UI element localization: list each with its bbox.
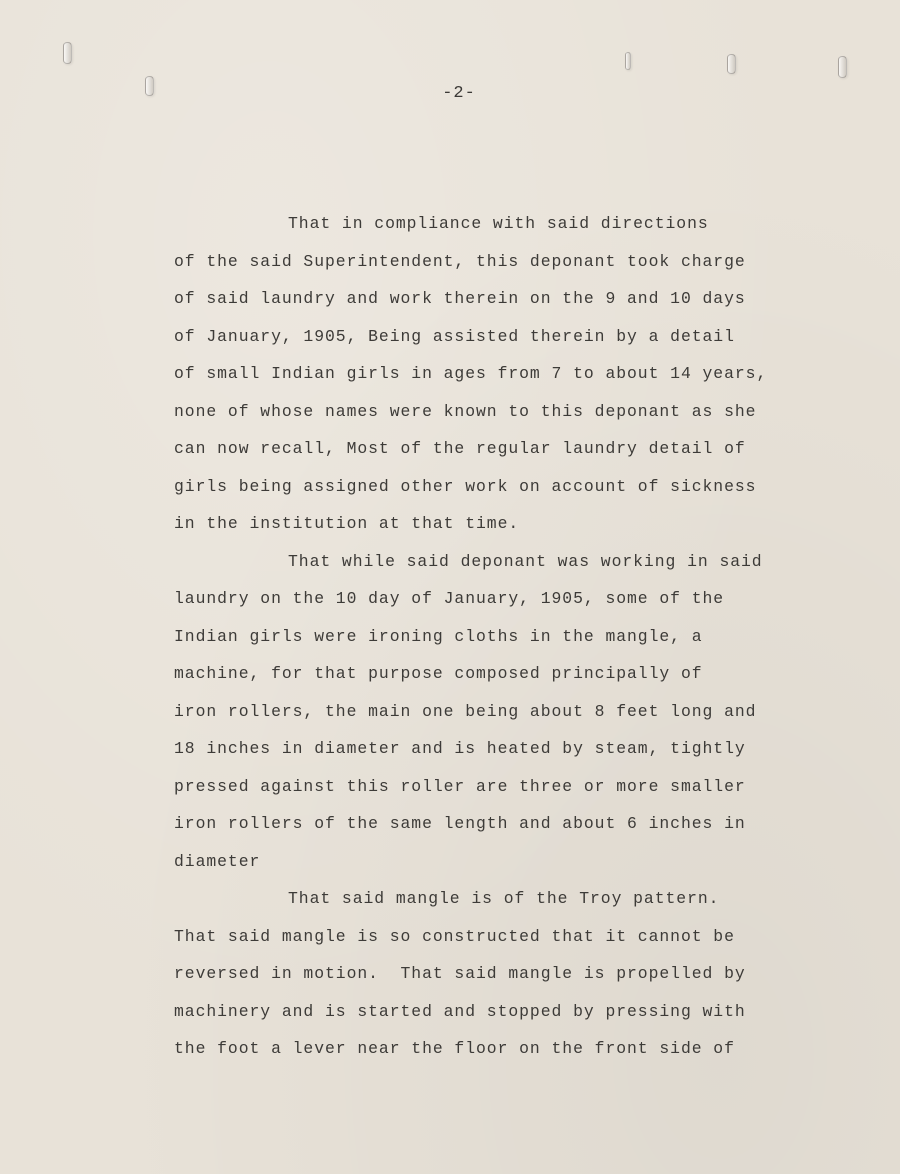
staple-hole-mark (838, 56, 847, 78)
paragraph-laundry-incident: That while said deponant was working in … (174, 550, 814, 888)
text-line: of January, 1905, Being assisted therein… (174, 325, 814, 363)
typed-body-text: That in compliance with said directions … (174, 212, 814, 1075)
text-line: the foot a lever near the floor on the f… (174, 1037, 814, 1075)
text-line: That in compliance with said directions (174, 212, 814, 250)
staple-hole-mark (63, 42, 72, 64)
document-page: -2- That in compliance with said directi… (0, 0, 900, 1174)
text-line: diameter (174, 850, 814, 888)
text-line: 18 inches in diameter and is heated by s… (174, 737, 814, 775)
text-line: of said laundry and work therein on the … (174, 287, 814, 325)
page-number: -2- (0, 84, 900, 103)
text-line: of small Indian girls in ages from 7 to … (174, 362, 814, 400)
text-line: machine, for that purpose composed princ… (174, 662, 814, 700)
text-line: That while said deponant was working in … (174, 550, 814, 588)
text-line: iron rollers of the same length and abou… (174, 812, 814, 850)
text-line: That said mangle is so constructed that … (174, 925, 814, 963)
text-line: none of whose names were known to this d… (174, 400, 814, 438)
staple-hole-mark (727, 54, 736, 74)
text-line: laundry on the 10 day of January, 1905, … (174, 587, 814, 625)
text-line: of the said Superintendent, this deponan… (174, 250, 814, 288)
staple-hole-mark (625, 52, 631, 70)
text-line: Indian girls were ironing cloths in the … (174, 625, 814, 663)
paragraph-compliance: That in compliance with said directions … (174, 212, 814, 550)
text-line: girls being assigned other work on accou… (174, 475, 814, 513)
text-line: iron rollers, the main one being about 8… (174, 700, 814, 738)
text-line: machinery and is started and stopped by … (174, 1000, 814, 1038)
text-line: reversed in motion. That said mangle is … (174, 962, 814, 1000)
text-line: That said mangle is of the Troy pattern. (174, 887, 814, 925)
paragraph-mangle-description: That said mangle is of the Troy pattern.… (174, 887, 814, 1075)
text-line: pressed against this roller are three or… (174, 775, 814, 813)
text-line: in the institution at that time. (174, 512, 814, 550)
text-line: can now recall, Most of the regular laun… (174, 437, 814, 475)
